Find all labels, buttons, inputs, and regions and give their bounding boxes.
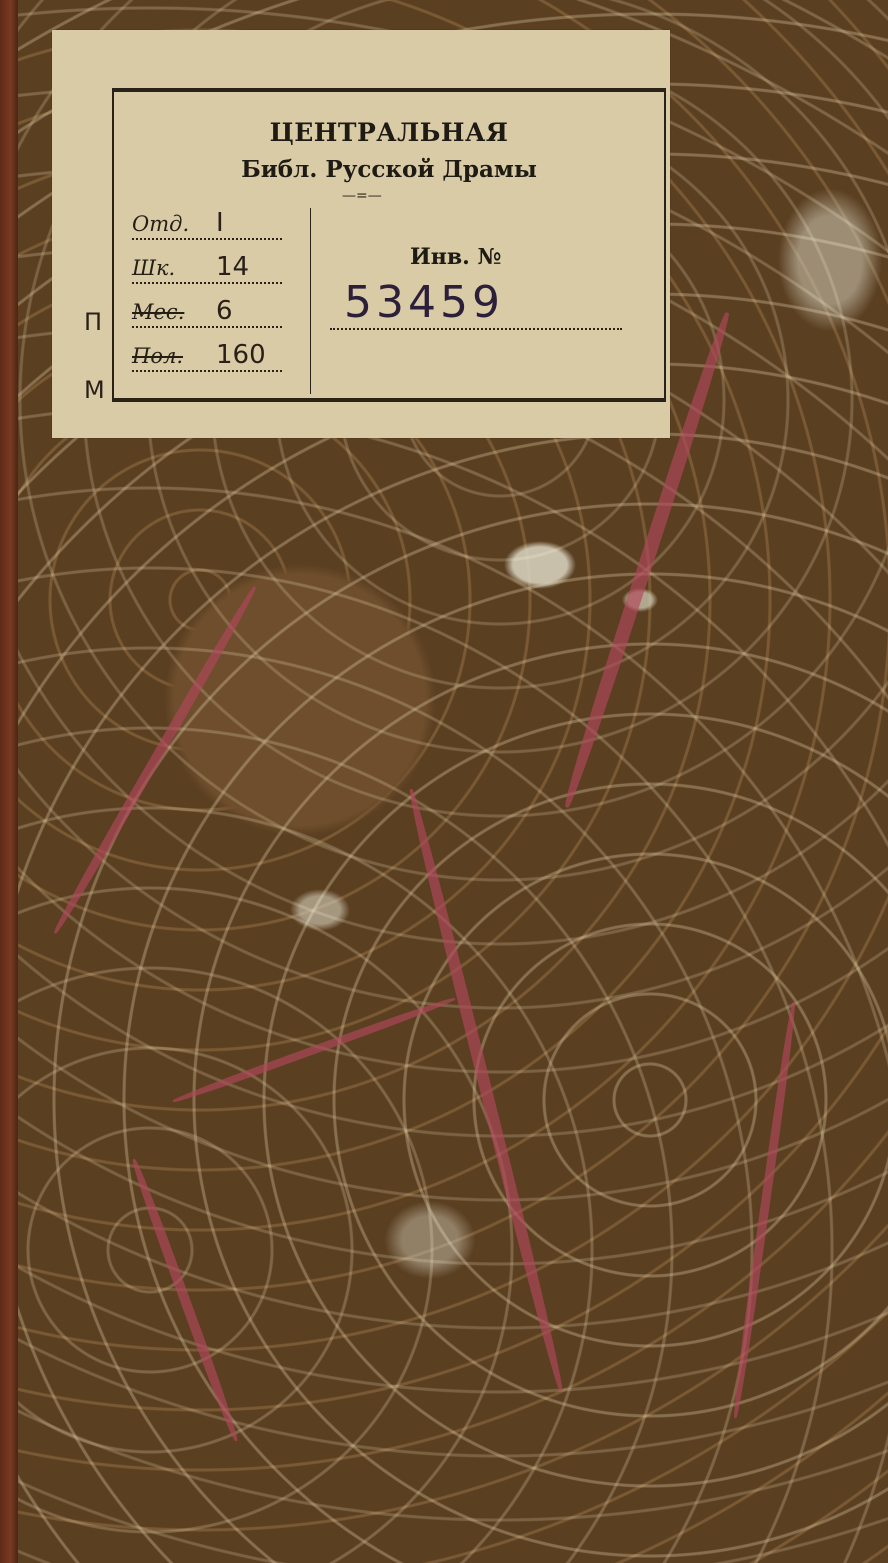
field-shelf: Пол. 160 [132,336,282,372]
inventory-number: 53459 [330,278,622,330]
field-label: Мес. [132,300,184,324]
book-spine-edge [0,0,18,1563]
field-cabinet: Шк. 14 [132,248,282,284]
field-value: 14 [216,252,249,282]
margin-note-p: П [84,308,102,336]
field-label: Отд. [132,212,189,236]
library-title: ЦЕНТРАЛЬНАЯ [114,118,664,147]
ornament: —=— [342,188,382,204]
column-divider [310,208,311,394]
field-value: I [216,208,224,238]
inventory-label: Инв. № [410,244,501,270]
field-place: Мес. 6 [132,292,282,328]
field-label: Пол. [132,344,183,368]
label-frame: ЦЕНТРАЛЬНАЯ Библ. Русской Драмы —=— Отд.… [112,88,666,402]
field-value: 6 [216,296,233,326]
library-subtitle: Библ. Русской Драмы [114,156,664,183]
field-label: Шк. [132,256,175,280]
field-department: Отд. I [132,204,282,240]
margin-note-m: М [84,376,105,404]
field-value: 160 [216,340,266,370]
library-label: П М ЦЕНТРАЛЬНАЯ Библ. Русской Драмы —=— … [52,30,670,438]
